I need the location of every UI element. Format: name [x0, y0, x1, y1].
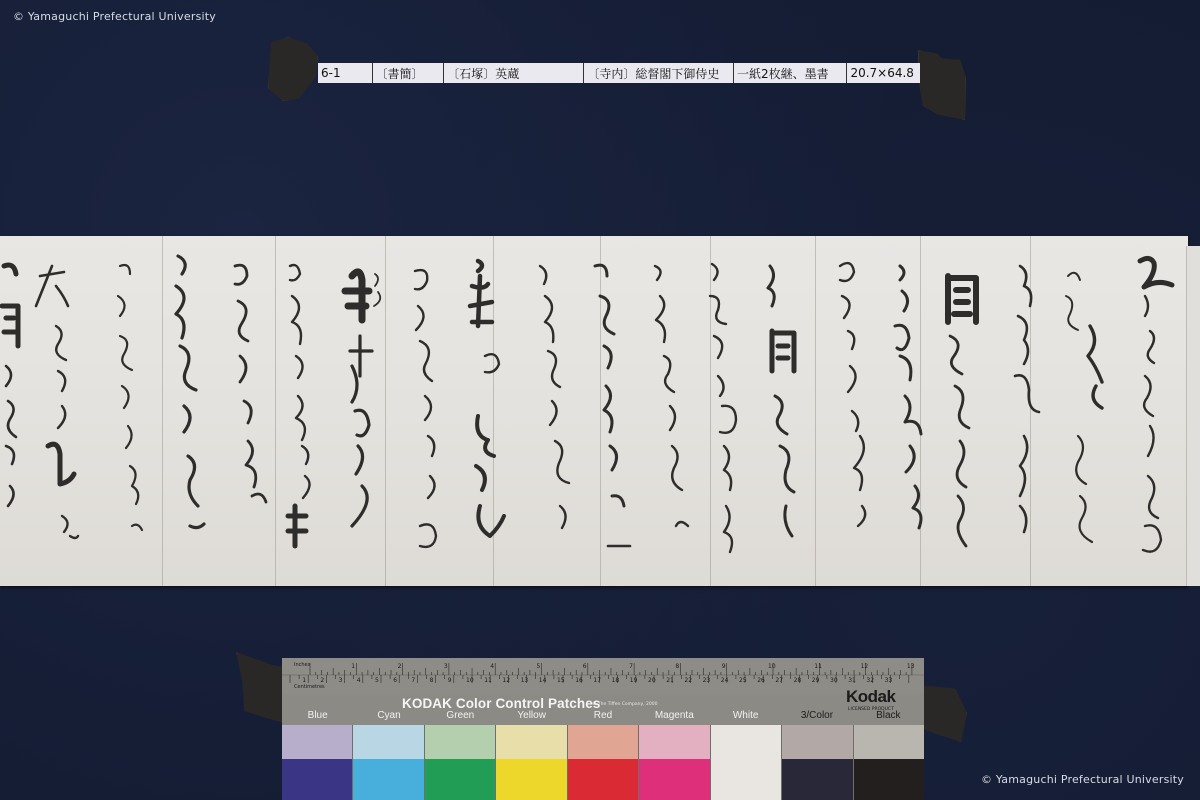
label-cell-type: 〔書簡〕 — [373, 63, 445, 83]
kodak-logo: Kodak — [846, 687, 895, 707]
label-cell-id: 6-1 — [318, 63, 373, 83]
patch-dark — [496, 759, 566, 800]
copyright-notice-bottom: © Yamaguchi Prefectural University — [981, 773, 1184, 786]
svg-text:5: 5 — [537, 663, 541, 670]
kodak-color-control-strip: 1234567891011121312345678910111213141516… — [282, 658, 924, 800]
patch-label-white: White — [710, 710, 781, 721]
label-cell-recipient: 〔寺内〕総督閣下御侍史 — [584, 63, 734, 83]
patch-column-white — [711, 725, 782, 800]
svg-text:5: 5 — [375, 677, 379, 684]
svg-text:24: 24 — [721, 677, 729, 684]
svg-text:3: 3 — [339, 677, 343, 684]
ruler-inches-label: Inches — [294, 662, 310, 668]
svg-text:16: 16 — [575, 677, 583, 684]
svg-text:32: 32 — [866, 677, 874, 684]
patch-dark — [282, 759, 352, 800]
patch-column-red — [568, 725, 639, 800]
patch-dark — [353, 759, 423, 800]
patch-column-green — [425, 725, 496, 800]
svg-text:10: 10 — [768, 663, 776, 670]
patch-light — [854, 725, 924, 759]
svg-text:19: 19 — [630, 677, 638, 684]
svg-text:23: 23 — [703, 677, 711, 684]
patch-light — [568, 725, 638, 759]
tape-top-right — [918, 50, 966, 120]
svg-text:11: 11 — [484, 677, 492, 684]
chart-copyright: © The Tiffen Company, 2000 — [592, 702, 657, 707]
svg-text:1: 1 — [302, 677, 306, 684]
patch-labels: Blue Cyan Green Yellow Red Magenta White… — [282, 710, 924, 721]
patch-light — [425, 725, 495, 759]
svg-text:13: 13 — [521, 677, 529, 684]
patch-light — [639, 725, 709, 759]
patch-label-magenta: Magenta — [639, 710, 710, 721]
svg-text:4: 4 — [357, 677, 361, 684]
patch-column-black — [854, 725, 924, 800]
svg-text:26: 26 — [757, 677, 765, 684]
svg-text:27: 27 — [775, 677, 783, 684]
patch-dark — [782, 759, 852, 800]
patch-light — [782, 725, 852, 759]
patch-dark — [639, 759, 709, 800]
svg-text:2: 2 — [320, 677, 324, 684]
patch-dark — [568, 759, 638, 800]
patch-column-blue — [282, 725, 353, 800]
svg-text:11: 11 — [814, 663, 822, 670]
patch-column-cyan — [353, 725, 424, 800]
patch-light — [711, 725, 781, 800]
svg-text:29: 29 — [812, 677, 820, 684]
svg-text:12: 12 — [861, 663, 869, 670]
svg-text:22: 22 — [684, 677, 692, 684]
patch-label-yellow: Yellow — [496, 710, 567, 721]
svg-text:30: 30 — [830, 677, 838, 684]
tape-top-left — [268, 37, 318, 101]
svg-text:9: 9 — [722, 663, 726, 670]
ruler-scale: 1234567891011121312345678910111213141516… — [282, 658, 924, 694]
svg-text:1: 1 — [351, 663, 355, 670]
svg-text:28: 28 — [794, 677, 802, 684]
patch-light — [282, 725, 352, 759]
label-cell-format: 一紙2枚継、墨書 — [734, 63, 848, 83]
svg-text:8: 8 — [675, 663, 679, 670]
manuscript-scroll — [0, 236, 1200, 592]
svg-text:25: 25 — [739, 677, 747, 684]
svg-text:6: 6 — [583, 663, 587, 670]
svg-text:4: 4 — [490, 663, 494, 670]
patch-dark — [425, 759, 495, 800]
svg-text:14: 14 — [539, 677, 547, 684]
svg-text:7: 7 — [411, 677, 415, 684]
svg-text:33: 33 — [885, 677, 893, 684]
label-cell-dimensions: 20.7×64.8 — [847, 63, 920, 83]
svg-text:21: 21 — [666, 677, 674, 684]
patch-column-yellow — [496, 725, 567, 800]
svg-text:9: 9 — [448, 677, 452, 684]
svg-text:6: 6 — [393, 677, 397, 684]
patch-label-green: Green — [425, 710, 496, 721]
catalog-label: 6-1 〔書簡〕 〔石塚〕英蔵 〔寺内〕総督閣下御侍史 一紙2枚継、墨書 20.… — [318, 63, 920, 83]
calligraphy-ink-strokes — [0, 236, 1200, 592]
label-cell-author: 〔石塚〕英蔵 — [444, 63, 584, 83]
svg-text:13: 13 — [907, 663, 915, 670]
patch-dark — [854, 759, 924, 800]
svg-text:10: 10 — [466, 677, 474, 684]
ruler-centimetres-label: Centimetres — [294, 684, 325, 690]
svg-text:8: 8 — [430, 677, 434, 684]
svg-text:3: 3 — [444, 663, 448, 670]
patch-column-magenta — [639, 725, 710, 800]
color-patches — [282, 725, 924, 800]
patch-label-red: Red — [567, 710, 638, 721]
svg-text:15: 15 — [557, 677, 565, 684]
svg-text:2: 2 — [398, 663, 402, 670]
tape-bottom-left — [236, 652, 288, 724]
patch-column-3color — [782, 725, 853, 800]
patch-label-cyan: Cyan — [353, 710, 424, 721]
patch-light — [353, 725, 423, 759]
copyright-notice-top: © Yamaguchi Prefectural University — [13, 10, 216, 23]
svg-text:20: 20 — [648, 677, 656, 684]
svg-text:12: 12 — [502, 677, 510, 684]
patch-label-blue: Blue — [282, 710, 353, 721]
patch-label-black: Black — [853, 710, 924, 721]
patch-label-3color: 3/Color — [781, 710, 852, 721]
svg-text:17: 17 — [593, 677, 601, 684]
svg-text:18: 18 — [612, 677, 620, 684]
chart-title: KODAK Color Control Patches — [402, 696, 600, 711]
svg-text:7: 7 — [629, 663, 633, 670]
svg-text:31: 31 — [848, 677, 856, 684]
patch-light — [496, 725, 566, 759]
